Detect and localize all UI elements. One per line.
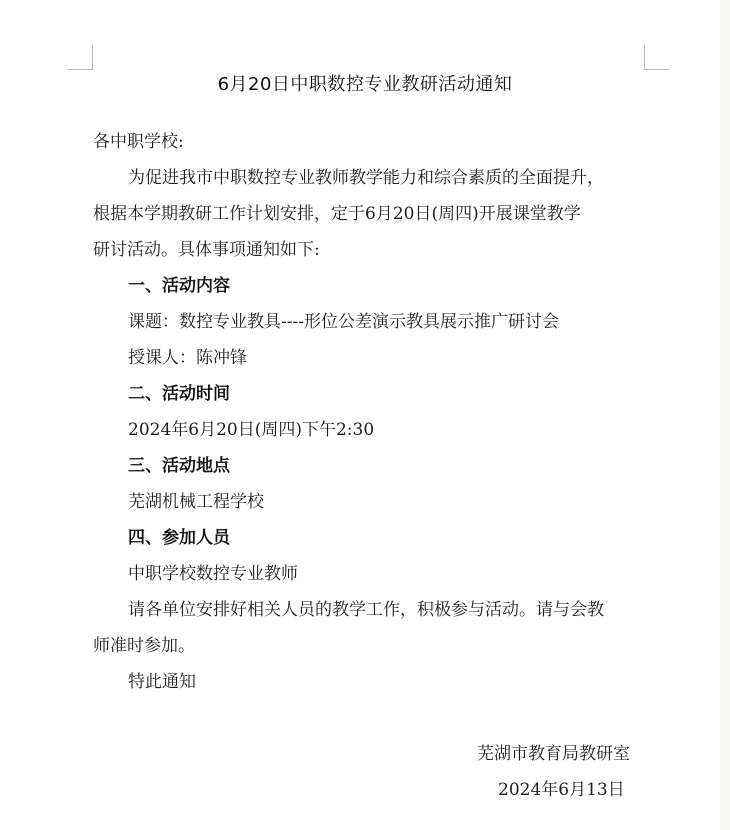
lecturer-line: 授课人：陈冲锋 [128, 343, 247, 368]
salutation: 各中职学校: [93, 127, 184, 152]
margin-corner-mark-top-left [68, 45, 93, 70]
intro-line-2: 根据本学期教研工作计划安排，定于6月20日(周四)开展课堂教学 [93, 199, 581, 224]
page-edge-strip [720, 0, 730, 830]
location-line: 芜湖机械工程学校 [128, 487, 264, 512]
section-heading-content: 一、活动内容 [128, 271, 230, 296]
section-heading-location: 三、活动地点 [128, 451, 230, 476]
notice-line: 特此通知 [128, 667, 196, 692]
closing-line-1: 请各单位安排好相关人员的教学工作，积极参与活动。请与会教 [128, 595, 604, 620]
intro-line-1: 为促进我市中职数控专业教师教学能力和综合素质的全面提升， [128, 163, 604, 188]
participants-line: 中职学校数控专业教师 [128, 559, 298, 584]
margin-corner-mark-top-right [644, 45, 669, 70]
section-heading-time: 二、活动时间 [128, 379, 230, 404]
section-heading-participants: 四、参加人员 [128, 523, 230, 548]
signature-issuer: 芜湖市教育局教研室 [477, 739, 630, 764]
topic-line: 课题：数控专业教具----形位公差演示教具展示推广研讨会 [128, 307, 559, 332]
time-line: 2024年6月20日(周四)下午2:30 [128, 415, 374, 440]
document-page: 6月20日中职数控专业教研活动通知 各中职学校: 为促进我市中职数控专业教师教学… [0, 0, 720, 830]
signature-date: 2024年6月13日 [498, 775, 625, 800]
intro-line-3: 研讨活动。具体事项通知如下: [93, 235, 320, 260]
closing-line-2: 师准时参加。 [93, 631, 195, 656]
document-title: 6月20日中职数控专业教研活动通知 [0, 70, 730, 96]
